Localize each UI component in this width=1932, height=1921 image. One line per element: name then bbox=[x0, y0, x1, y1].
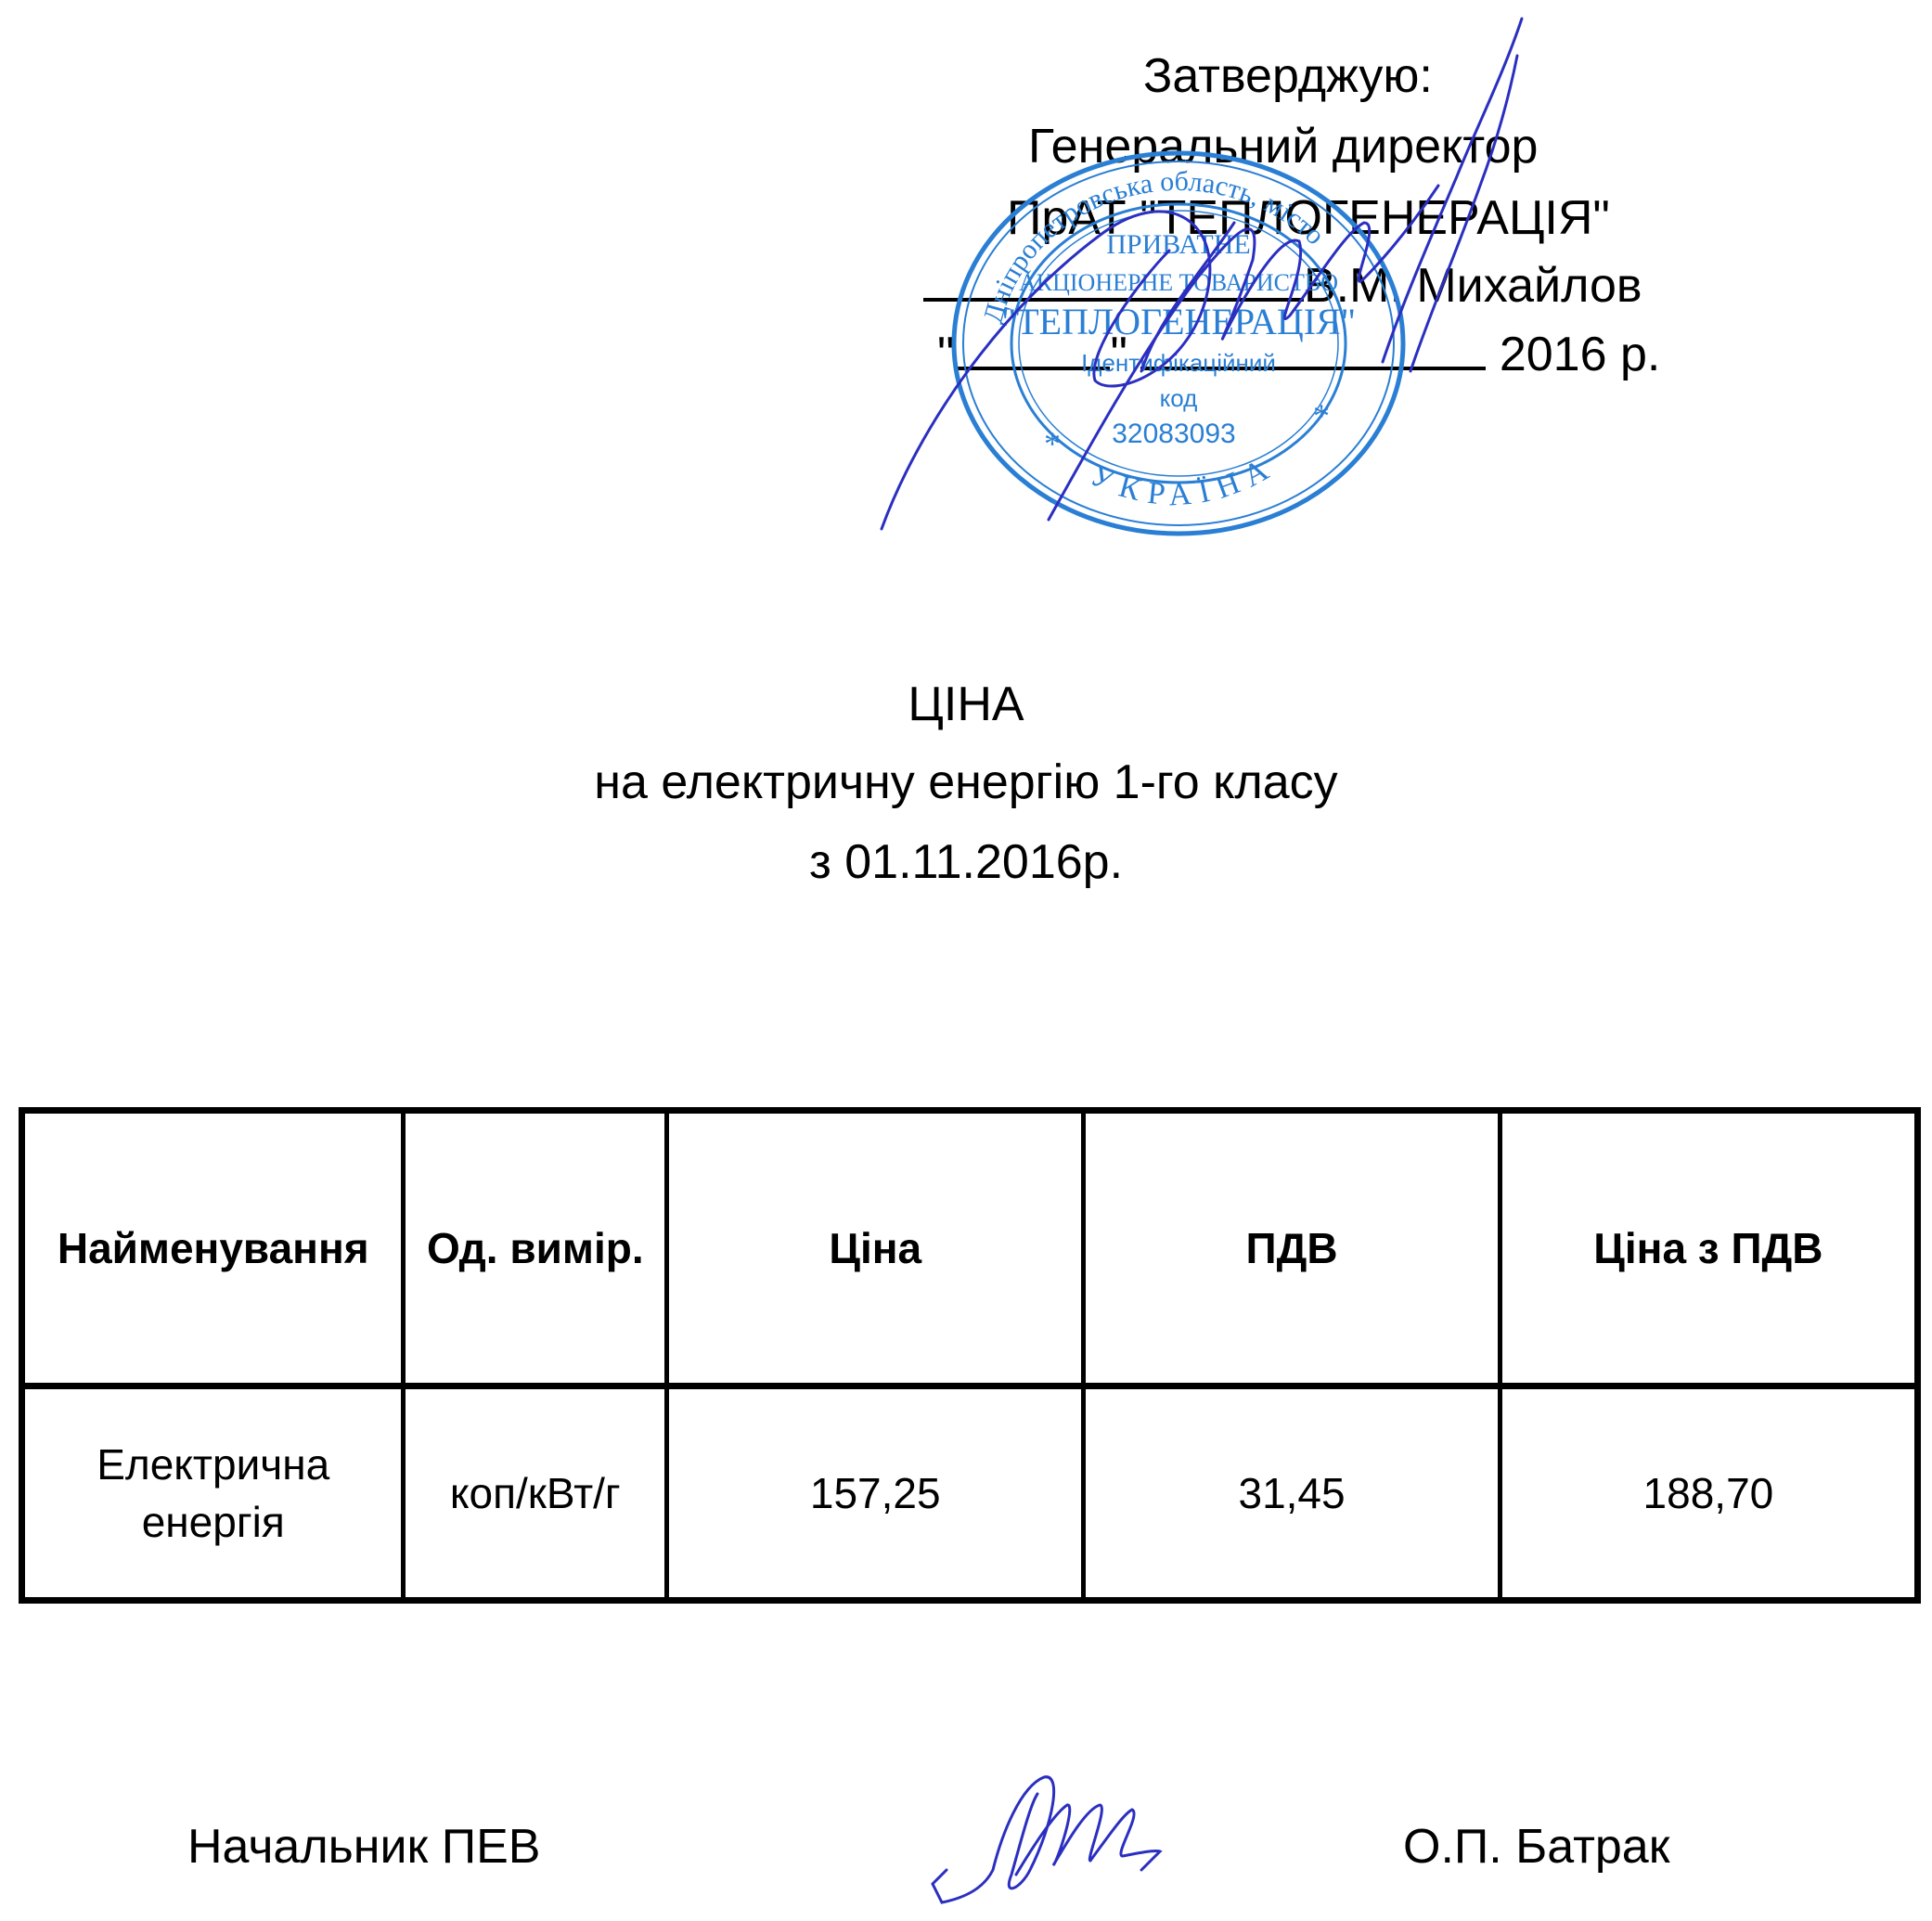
approver-name: В.М. Михайлов bbox=[1304, 259, 1642, 313]
table-row: Електрична енергія коп/кВт/г 157,25 31,4… bbox=[22, 1386, 1918, 1601]
month-blank bbox=[1140, 361, 1486, 370]
cell-name-line2: енергія bbox=[31, 1493, 395, 1551]
effective-date: з 01.11.2016р. bbox=[0, 833, 1932, 891]
header-unit: Од. вимір. bbox=[404, 1111, 667, 1386]
header-name: Найменування bbox=[22, 1111, 404, 1386]
cell-unit: коп/кВт/г bbox=[404, 1386, 667, 1601]
header-vat: ПДВ bbox=[1084, 1111, 1501, 1386]
approval-date-line: "" 2016 р. bbox=[937, 327, 1660, 382]
svg-text:*: * bbox=[1313, 397, 1330, 434]
header-price-with-vat: Ціна з ПДВ bbox=[1500, 1111, 1917, 1386]
footer-name: О.П. Батрак bbox=[1403, 1819, 1669, 1875]
date-year: 2016 р. bbox=[1500, 328, 1661, 381]
date-quote-open: " bbox=[937, 328, 954, 381]
approver-company: ПрАТ "ТЕПЛОГЕНЕРАЦІЯ" bbox=[1007, 190, 1610, 246]
svg-text:32083093: 32083093 bbox=[1112, 419, 1235, 449]
approval-heading: Затверджую: bbox=[1143, 48, 1433, 104]
cell-vat: 31,45 bbox=[1084, 1386, 1501, 1601]
head-signature-icon bbox=[891, 1768, 1169, 1916]
signature-blank bbox=[923, 292, 1304, 302]
cell-price-with-vat: 188,70 bbox=[1500, 1386, 1917, 1601]
cell-name: Електрична енергія bbox=[22, 1386, 404, 1601]
table-header-row: Найменування Од. вимір. Ціна ПДВ Ціна з … bbox=[22, 1111, 1918, 1386]
document-subtitle: на електричну енергію 1-го класу bbox=[0, 754, 1932, 811]
header-price: Ціна bbox=[667, 1111, 1084, 1386]
svg-text:код: код bbox=[1160, 384, 1198, 412]
approver-signature-line: В.М. Михайлов bbox=[923, 258, 1642, 314]
svg-text:УКРАЇНА: УКРАЇНА bbox=[1085, 448, 1282, 512]
date-quote-close: " bbox=[1110, 328, 1127, 381]
document-title: ЦІНА bbox=[0, 676, 1932, 733]
cell-name-line1: Електрична bbox=[31, 1436, 395, 1493]
approver-position: Генеральний директор bbox=[1028, 119, 1538, 174]
price-table: Найменування Од. вимір. Ціна ПДВ Ціна з … bbox=[19, 1107, 1921, 1604]
footer-position: Начальник ПЕВ bbox=[187, 1819, 540, 1875]
day-blank bbox=[954, 361, 1110, 370]
cell-price: 157,25 bbox=[667, 1386, 1084, 1601]
svg-text:*: * bbox=[1044, 425, 1061, 462]
